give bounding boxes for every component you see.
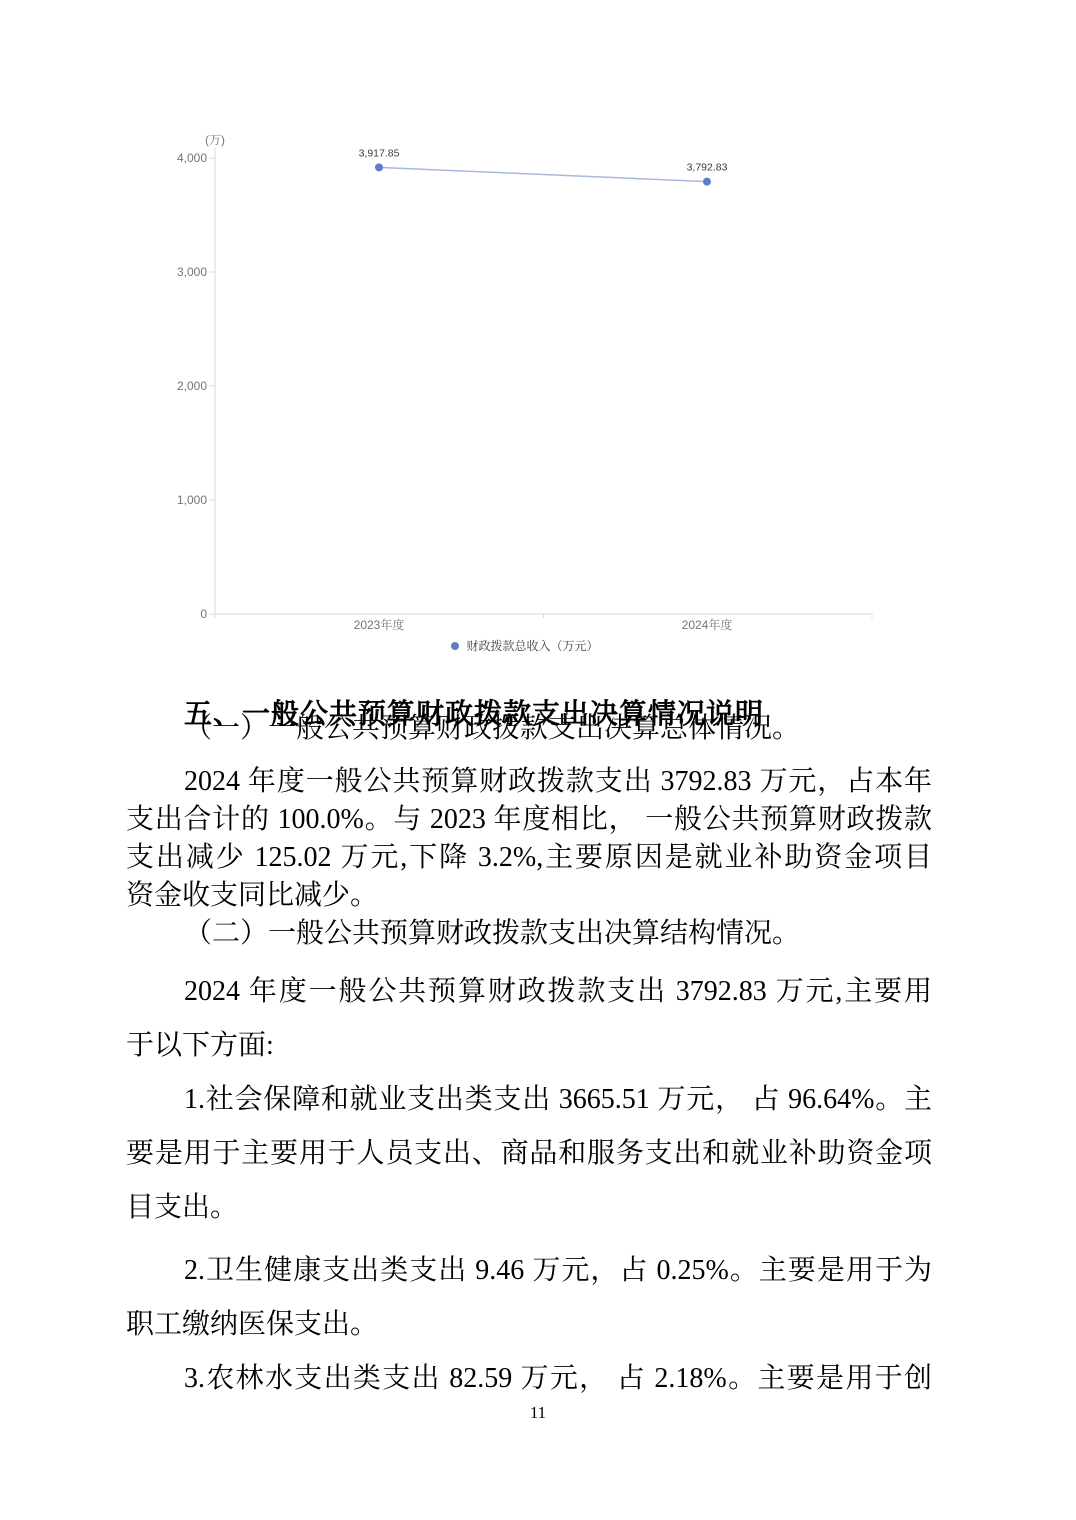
list-item-3: 3.农林水支出类支出 82.59 万元， 占 2.18%。主要是用于创: [126, 1352, 932, 1406]
subsection-title-1: （一）一般公共预算财政拨款支出决算总体情况。: [184, 711, 800, 747]
series-line: [379, 167, 707, 181]
y-tick-label: 2,000: [177, 379, 207, 393]
page-number: 11: [0, 1403, 1076, 1423]
list-item-2: 2.卫生健康支出类支出 9.46 万元，占 0.25%。主要是用于为 职工缴纳医…: [126, 1244, 932, 1352]
paragraph-line: 支出减少 125.02 万元,下降 3.2%,主要原因是就业补助资金项目: [126, 839, 932, 877]
x-category-label: 2023年度: [354, 617, 405, 632]
y-tick-label: 1,000: [177, 493, 207, 507]
fiscal-income-line-chart: 01,0002,0003,0004,000(万)3,917.853,792.83…: [160, 125, 890, 670]
paragraph-line: 要是用于主要用于人员支出、商品和服务支出和就业补助资金项: [126, 1127, 932, 1181]
y-tick-label: 4,000: [177, 151, 207, 165]
list-item-1: 1.社会保障和就业支出类支出 3665.51 万元， 占 96.64%。主 要是…: [126, 1073, 932, 1235]
paragraph-structure: 2024 年度一般公共预算财政拨款支出 3792.83 万元,主要用 于以下方面…: [126, 965, 932, 1073]
paragraph-line: 2.卫生健康支出类支出 9.46 万元，占 0.25%。主要是用于为: [126, 1244, 932, 1298]
paragraph-line: 职工缴纳医保支出。: [126, 1298, 932, 1352]
paragraph-line: 2024 年度一般公共预算财政拨款支出 3792.83 万元,主要用: [126, 965, 932, 1019]
legend-label: 财政拨款总收入（万元）: [466, 637, 598, 654]
data-point: [703, 178, 711, 186]
line-chart-canvas: 01,0002,0003,0004,000(万)3,917.853,792.83…: [160, 125, 890, 635]
paragraph-line: 目支出。: [126, 1181, 932, 1235]
paragraph-line: 1.社会保障和就业支出类支出 3665.51 万元， 占 96.64%。主: [126, 1073, 932, 1127]
legend-marker-icon: [451, 642, 459, 650]
subsection-title-2: （二）一般公共预算财政拨款支出决算结构情况。: [184, 916, 800, 952]
data-point: [375, 163, 383, 171]
y-axis-unit-label: (万): [205, 133, 225, 147]
document-page: 01,0002,0003,0004,000(万)3,917.853,792.83…: [0, 0, 1076, 1520]
data-point-label: 3,792.83: [687, 162, 728, 174]
paragraph-line: 2024 年度一般公共预算财政拨款支出 3792.83 万元，占本年: [126, 763, 932, 801]
paragraph-overall: 2024 年度一般公共预算财政拨款支出 3792.83 万元，占本年 支出合计的…: [126, 763, 932, 915]
y-tick-label: 0: [200, 607, 207, 621]
chart-legend: 财政拨款总收入（万元）: [160, 637, 890, 654]
y-tick-label: 3,000: [177, 265, 207, 279]
data-point-label: 3,917.85: [359, 147, 400, 159]
paragraph-line: 于以下方面:: [126, 1019, 932, 1073]
x-category-label: 2024年度: [682, 617, 733, 632]
paragraph-line: 支出合计的 100.0%。与 2023 年度相比， 一般公共预算财政拨款: [126, 801, 932, 839]
paragraph-line: 3.农林水支出类支出 82.59 万元， 占 2.18%。主要是用于创: [126, 1352, 932, 1406]
paragraph-line: 资金收支同比减少。: [126, 877, 932, 915]
